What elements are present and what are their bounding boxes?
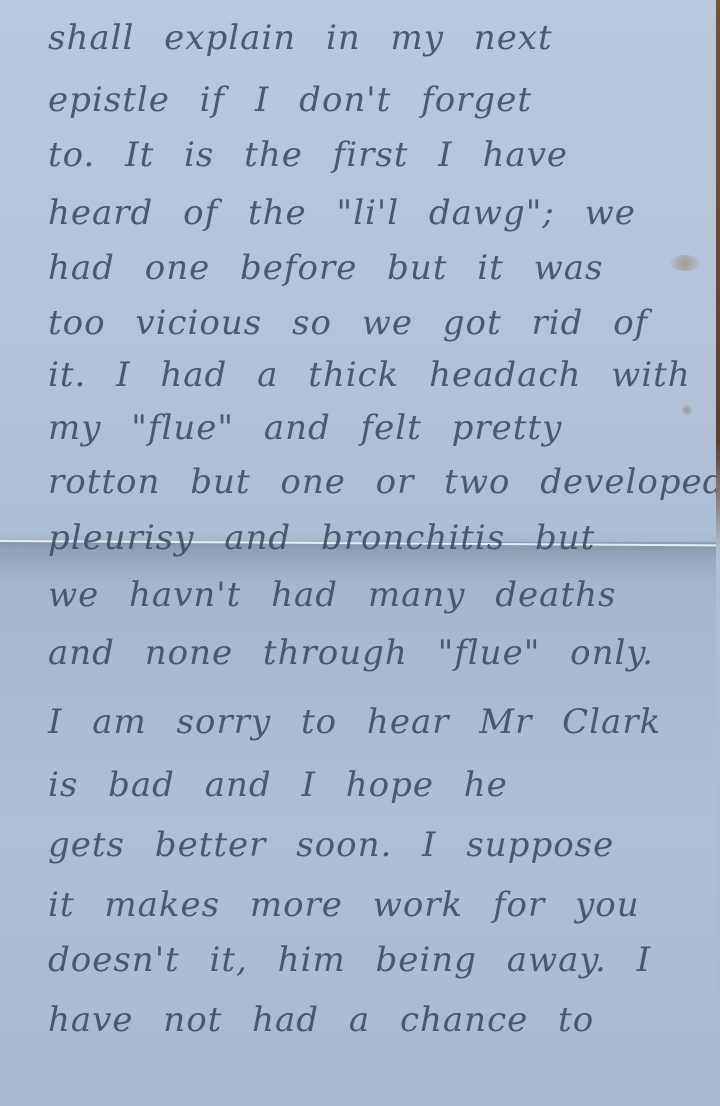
text-line: I am sorry to hear Mr Clark: [48, 702, 661, 742]
background-edge: [716, 0, 720, 1106]
text-line: had one before but it was: [48, 248, 603, 288]
text-line: it makes more work for you: [48, 885, 640, 925]
text-line: it. I had a thick headach with: [48, 355, 691, 395]
text-line: to. It is the first I have: [48, 135, 568, 175]
text-line: doesn't it, him being away. I: [48, 940, 651, 980]
text-line: we havn't had many deaths: [48, 575, 616, 615]
text-line: too vicious so we got rid of: [48, 303, 648, 343]
text-line: shall explain in my next: [48, 18, 553, 58]
text-line: pleurisy and bronchitis but: [48, 518, 595, 558]
text-line: have not had a chance to: [48, 1000, 594, 1040]
text-line: epistle if I don't forget: [48, 80, 532, 120]
letter-page: shall explain in my next epistle if I do…: [0, 0, 716, 1106]
text-line: and none through "flue" only.: [48, 633, 654, 673]
text-line: rotton but one or two developed: [48, 462, 716, 502]
text-line: my "flue" and felt pretty: [48, 408, 562, 448]
text-line: is bad and I hope he: [48, 765, 508, 805]
text-line: heard of the "li'l dawg"; we: [48, 193, 636, 233]
text-line: gets better soon. I suppose: [48, 825, 614, 865]
letter-text: shall explain in my next epistle if I do…: [0, 0, 716, 1106]
